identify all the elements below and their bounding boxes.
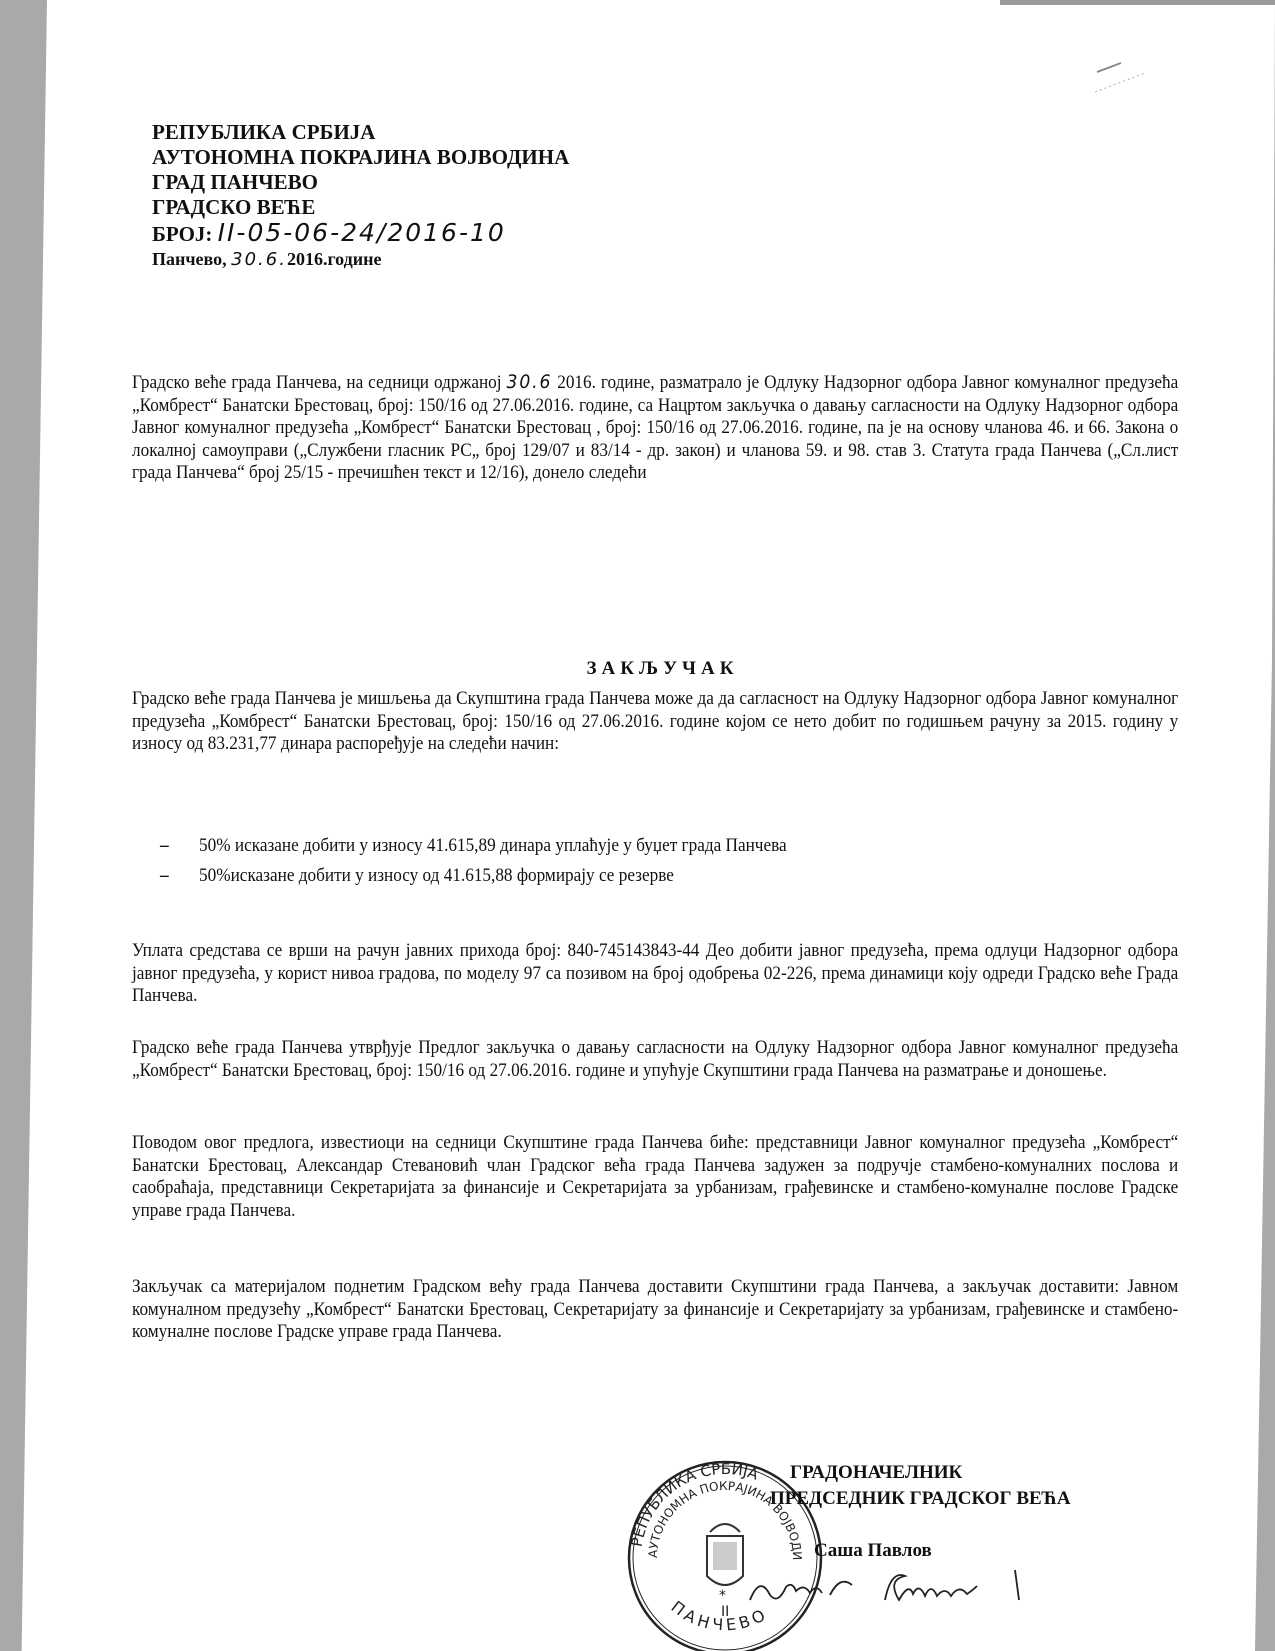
distribution-list: –50% исказане добити у износу 41.615,89 … — [160, 831, 787, 891]
rapporteurs-paragraph: Поводом овог предлога, известиоци на сед… — [132, 1132, 1178, 1222]
place-label: Панчево, — [152, 249, 227, 269]
delivery-paragraph: Закључак са материјалом поднетим Градско… — [132, 1276, 1178, 1344]
header-republic: РЕПУБЛИКА СРБИЈА — [152, 120, 569, 145]
dash-icon: – — [160, 861, 199, 891]
document-page: РЕПУБЛИКА СРБИЈА АУТОНОМНА ПОКРАЈИНА ВОЈ… — [0, 0, 1275, 1651]
payment-paragraph: Уплата средстава се врши на рачун јавних… — [132, 940, 1178, 1008]
svg-text:*: * — [719, 1588, 726, 1604]
document-title: ЗАКЉУЧАК — [0, 658, 1275, 680]
conclusion-paragraph: Градско веће града Панчева је мишљења да… — [132, 688, 1178, 756]
date-suffix: 2016.године — [287, 249, 382, 269]
intro-paragraph: Градско веће града Панчева, на седници о… — [132, 372, 1178, 485]
list-item-text: 50%исказане добити у износу од 41.615,88… — [199, 866, 674, 886]
document-header: РЕПУБЛИКА СРБИЈА АУТОНОМНА ПОКРАЈИНА ВОЈ… — [152, 120, 569, 272]
proposal-paragraph: Градско веће града Панчева утврђује Пред… — [132, 1037, 1178, 1082]
list-item: –50% исказане добити у износу 41.615,89 … — [160, 831, 787, 861]
signatory-title-mayor: ГРАДОНАЧЕЛНИК — [770, 1460, 1071, 1486]
date-handwritten: 30.6. — [231, 249, 287, 270]
header-number: БРОЈ: II-05-06-24/2016-10 — [152, 220, 569, 247]
handwritten-signature-icon — [745, 1560, 1045, 1620]
header-council: ГРАДСКО ВЕЋЕ — [152, 195, 569, 220]
number-handwritten: II-05-06-24/2016-10 — [218, 218, 506, 247]
signatory-title-president: ПРЕДСЕДНИК ГРАДСКОГ ВЕЋА — [770, 1486, 1071, 1512]
list-item: –50%исказане добити у износу од 41.615,8… — [160, 861, 787, 891]
stamp-mark: II — [721, 1604, 729, 1620]
intro-part1: Градско веће града Панчева, на седници о… — [132, 373, 507, 393]
signature-block: ГРАДОНАЧЕЛНИК ПРЕДСЕДНИК ГРАДСКОГ ВЕЋА С… — [770, 1460, 1071, 1512]
number-label: БРОЈ: — [152, 222, 212, 246]
dash-icon: – — [160, 831, 199, 861]
header-province: АУТОНОМНА ПОКРАЈИНА ВОЈВОДИНА — [152, 145, 569, 170]
header-place-date: Панчево, 30.6.2016.године — [152, 247, 569, 272]
stamp-outer-text: РЕПУБЛИКА СРБИЈА — [628, 1460, 762, 1548]
intro-date-handwritten: 30.6 — [507, 372, 553, 393]
list-item-text: 50% исказане добити у износу 41.615,89 д… — [199, 836, 787, 856]
header-city: ГРАД ПАНЧЕВО — [152, 170, 569, 195]
